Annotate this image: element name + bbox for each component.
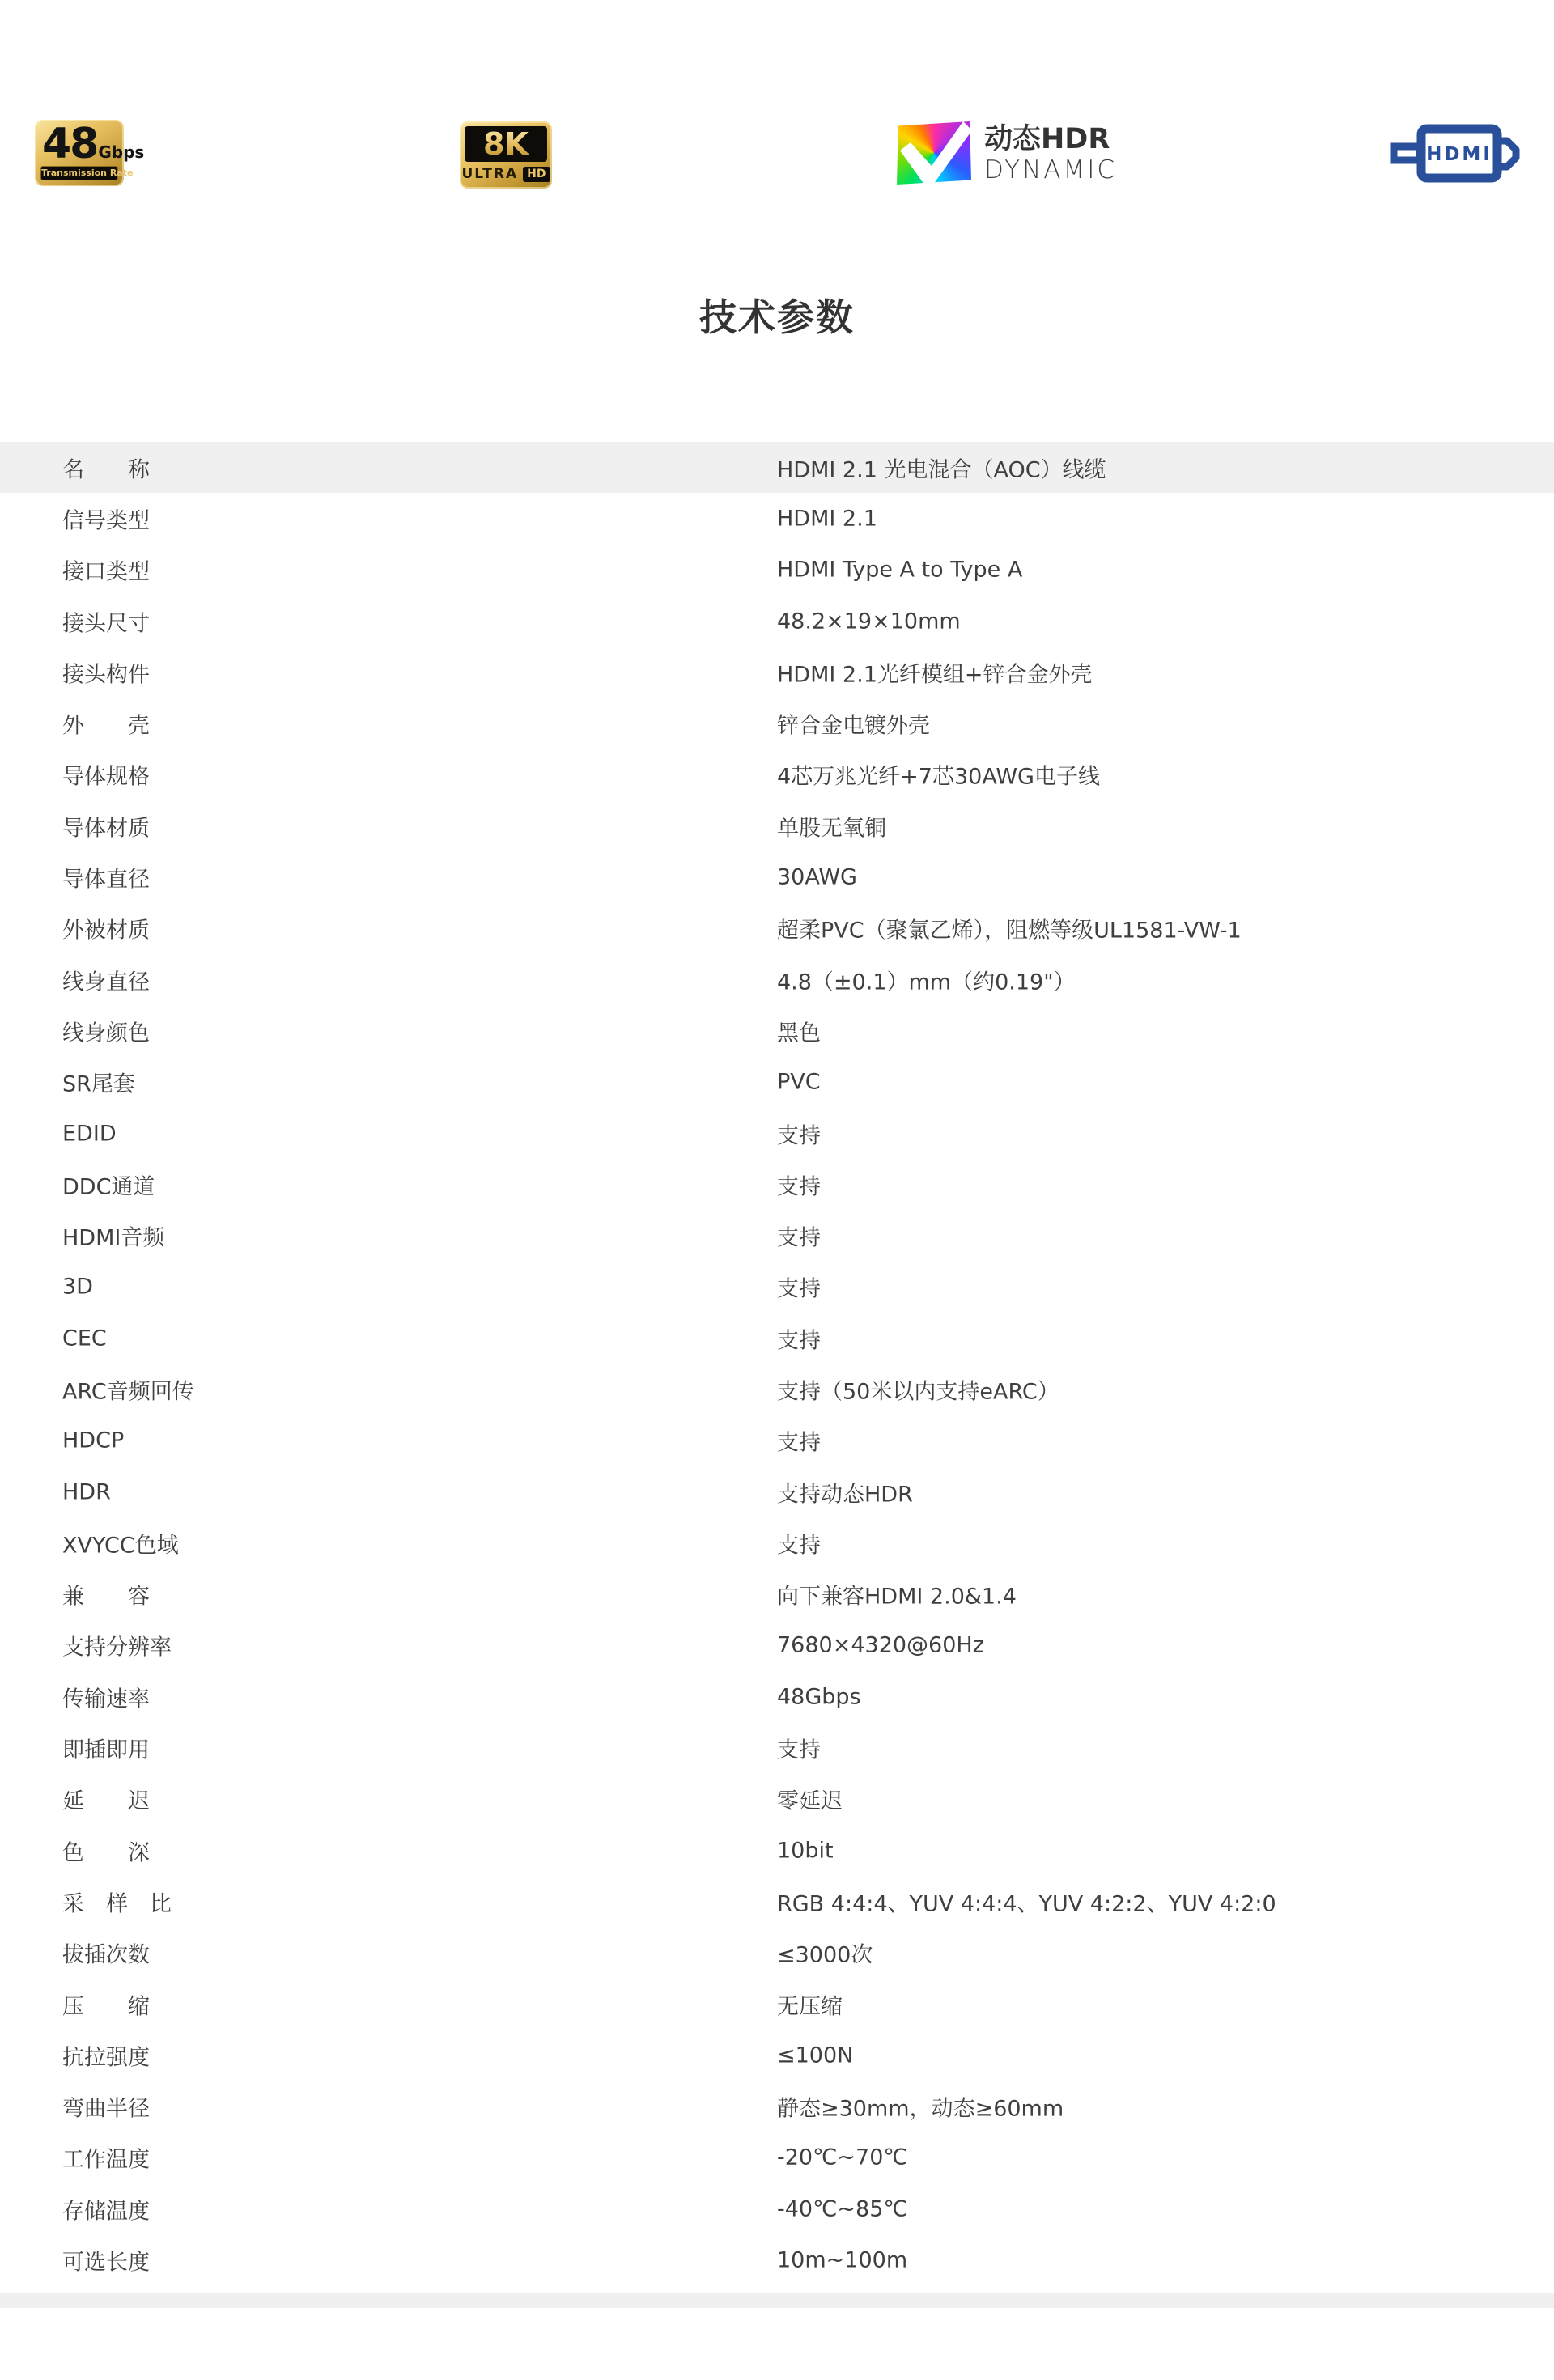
hdmi-logo-label: HDMI <box>1426 144 1492 165</box>
table-row: HDR支持动态HDR <box>0 1466 1554 1517</box>
row-value: 4芯万兆光纤+7芯30AWG电子线 <box>777 759 1100 791</box>
row-value: RGB 4:4:4、YUV 4:4:4、YUV 4:2:2、YUV 4:2:0 <box>777 1886 1276 1917</box>
table-row: 存储温度-40℃~85℃ <box>0 2183 1554 2234</box>
row-value: HDMI 2.1光纤模组+锌合金外壳 <box>777 656 1093 688</box>
row-label: 抗拉强度 <box>62 2039 150 2071</box>
row-label: 线身直径 <box>62 964 150 995</box>
row-label: 工作温度 <box>62 2142 150 2174</box>
row-label: 接头构件 <box>62 656 150 688</box>
table-row: EDID支持 <box>0 1108 1554 1159</box>
table-row: 导体材质单股无氧铜 <box>0 800 1554 851</box>
table-row: 压 缩无压缩 <box>0 1979 1554 2030</box>
color-gamut-check-icon <box>897 121 971 185</box>
page-title: 技术参数 <box>0 293 1554 342</box>
table-row: HDMI音频支持 <box>0 1210 1554 1261</box>
row-label: XVYCC色域 <box>62 1527 179 1559</box>
row-value: 48Gbps <box>777 1684 861 1709</box>
row-value: HDMI 2.1 光电混合（AOC）线缆 <box>777 452 1106 483</box>
row-value: 30AWG <box>777 865 857 890</box>
row-label: 弯曲半径 <box>62 2091 150 2123</box>
table-row: 色 深10bit <box>0 1825 1554 1876</box>
table-row: 兼 容向下兼容HDMI 2.0&1.4 <box>0 1569 1554 1620</box>
row-label: 信号类型 <box>62 503 150 534</box>
row-label: 名 称 <box>62 452 150 483</box>
table-row: 支持分辨率7680×4320@60Hz <box>0 1620 1554 1671</box>
row-value: 支持 <box>777 1322 821 1354</box>
row-value: -40℃~85℃ <box>777 2196 908 2221</box>
spec-table: 名 称HDMI 2.1 光电混合（AOC）线缆信号类型HDMI 2.1接口类型H… <box>0 442 1554 2286</box>
row-label: HDCP <box>62 1428 124 1453</box>
row-value: 无压缩 <box>777 1988 843 2020</box>
row-value: 支持 <box>777 1733 821 1764</box>
table-row: 抗拉强度≤100N <box>0 2030 1554 2081</box>
table-row: 接口类型HDMI Type A to Type A <box>0 545 1554 596</box>
badge-48-caption: Transmission Rate <box>40 166 118 180</box>
hdr-logo-subtitle: DYNAMIC <box>984 155 1117 185</box>
badge-8k-main: 8K <box>483 129 529 159</box>
row-value: 支持 <box>777 1169 821 1200</box>
row-value: 支持 <box>777 1527 821 1559</box>
row-value: 静态≥30mm，动态≥60mm <box>777 2091 1064 2123</box>
table-row: ARC音频回传支持（50米以内支持eARC） <box>0 1364 1554 1415</box>
section-divider <box>0 2293 1554 2308</box>
row-value: -20℃~70℃ <box>777 2145 908 2170</box>
table-row: 导体规格4芯万兆光纤+7芯30AWG电子线 <box>0 749 1554 800</box>
table-row: 拔插次数≤3000次 <box>0 1928 1554 1979</box>
table-row: 信号类型HDMI 2.1 <box>0 493 1554 544</box>
row-value: ≤100N <box>777 2043 853 2068</box>
row-label: 存储温度 <box>62 2193 150 2225</box>
row-label: 采 样 比 <box>62 1886 172 1917</box>
row-value: HDMI Type A to Type A <box>777 558 1022 583</box>
badge-48-number: 48 <box>42 121 97 167</box>
row-label: 色 深 <box>62 1835 150 1866</box>
row-value: 锌合金电镀外壳 <box>777 708 930 740</box>
row-label: 传输速率 <box>62 1681 150 1712</box>
row-value: ≤3000次 <box>777 1937 873 1969</box>
row-label: DDC通道 <box>62 1169 155 1200</box>
row-label: EDID <box>62 1121 117 1146</box>
row-value: 支持 <box>777 1220 821 1252</box>
table-row: 延 迟零延迟 <box>0 1774 1554 1825</box>
table-row: 工作温度-20℃~70℃ <box>0 2132 1554 2183</box>
table-row: 名 称HDMI 2.1 光电混合（AOC）线缆 <box>0 442 1554 493</box>
table-row: 传输速率48Gbps <box>0 1671 1554 1722</box>
8k-ultra-hd-badge: 8K ULTRA HD <box>460 121 552 189</box>
row-label: CEC <box>62 1326 107 1351</box>
row-label: HDR <box>62 1479 111 1504</box>
table-row: XVYCC色域支持 <box>0 1517 1554 1568</box>
row-label: 兼 容 <box>62 1579 150 1610</box>
row-label: 外被材质 <box>62 913 150 944</box>
table-row: 弯曲半径静态≥30mm，动态≥60mm <box>0 2081 1554 2132</box>
badge-8k-panel: 8K <box>465 126 547 162</box>
hdmi-connector-icon: HDMI <box>1387 121 1522 185</box>
row-label: 可选长度 <box>62 2245 150 2276</box>
row-value: 4.8（±0.1）mm（约0.19"） <box>777 964 1076 995</box>
row-value: 7680×4320@60Hz <box>777 1633 984 1658</box>
table-row: 外 壳锌合金电镀外壳 <box>0 698 1554 749</box>
hdr-logo-title: 动态HDR <box>984 123 1117 155</box>
row-label: 导体规格 <box>62 759 150 791</box>
badge-48-unit: Gbps <box>98 142 144 162</box>
table-row: HDCP支持 <box>0 1415 1554 1466</box>
row-label: 压 缩 <box>62 1988 150 2020</box>
row-value: 支持动态HDR <box>777 1476 913 1508</box>
row-value: 支持（50米以内支持eARC） <box>777 1373 1059 1405</box>
dynamic-hdr-logo: 动态HDR DYNAMIC <box>897 121 1117 186</box>
row-label: 外 壳 <box>62 708 150 740</box>
table-row: SR尾套PVC <box>0 1057 1554 1108</box>
table-row: 线身颜色黑色 <box>0 1005 1554 1056</box>
badge-8k-hd-chip: HD <box>523 167 550 182</box>
table-row: 外被材质超柔PVC（聚氯乙烯），阻燃等级UL1581-VW-1 <box>0 903 1554 954</box>
table-row: 线身直径4.8（±0.1）mm（约0.19"） <box>0 954 1554 1005</box>
row-value: 48.2×19×10mm <box>777 609 961 634</box>
row-label: 线身颜色 <box>62 1015 150 1046</box>
table-row: CEC支持 <box>0 1313 1554 1364</box>
row-label: HDMI音频 <box>62 1220 164 1252</box>
row-value: 黑色 <box>777 1015 821 1046</box>
row-label: 3D <box>62 1275 93 1300</box>
row-value: 零延迟 <box>777 1784 843 1815</box>
row-value: PVC <box>777 1070 821 1095</box>
row-value: 支持 <box>777 1118 821 1149</box>
badge-8k-subrow: ULTRA HD <box>460 164 552 184</box>
row-label: 导体材质 <box>62 810 150 842</box>
row-label: 支持分辨率 <box>62 1630 172 1661</box>
row-value: 10m~100m <box>777 2248 907 2273</box>
table-row: 3D支持 <box>0 1262 1554 1313</box>
row-value: 支持 <box>777 1425 821 1457</box>
badge-8k-ultra: ULTRA <box>461 166 518 182</box>
table-row: 采 样 比RGB 4:4:4、YUV 4:4:4、YUV 4:2:2、YUV 4… <box>0 1876 1554 1927</box>
row-label: ARC音频回传 <box>62 1373 194 1405</box>
row-value: 向下兼容HDMI 2.0&1.4 <box>777 1579 1017 1610</box>
row-label: 即插即用 <box>62 1733 150 1764</box>
row-value: 超柔PVC（聚氯乙烯），阻燃等级UL1581-VW-1 <box>777 913 1242 944</box>
certification-logo-band: 48 Gbps Transmission Rate 8K ULTRA HD <box>0 0 1554 243</box>
table-row: DDC通道支持 <box>0 1159 1554 1210</box>
row-value: 单股无氧铜 <box>777 810 886 842</box>
table-row: 可选长度10m~100m <box>0 2234 1554 2285</box>
row-value: HDMI 2.1 <box>777 506 877 531</box>
48gbps-badge-text: 48 Gbps <box>42 121 119 167</box>
table-row: 接头尺寸48.2×19×10mm <box>0 596 1554 647</box>
row-label: 导体直径 <box>62 862 150 893</box>
48gbps-badge: 48 Gbps Transmission Rate <box>35 120 124 186</box>
row-label: SR尾套 <box>62 1067 135 1098</box>
row-label: 接头尺寸 <box>62 605 150 637</box>
row-value: 10bit <box>777 1838 834 1863</box>
table-row: 接头构件HDMI 2.1光纤模组+锌合金外壳 <box>0 647 1554 698</box>
row-label: 延 迟 <box>62 1784 150 1815</box>
row-label: 拔插次数 <box>62 1937 150 1969</box>
white-checkmark-icon <box>897 121 971 185</box>
table-row: 即插即用支持 <box>0 1722 1554 1773</box>
spec-sheet-page: 48 Gbps Transmission Rate 8K ULTRA HD <box>0 0 1554 2380</box>
row-value: 支持 <box>777 1271 821 1303</box>
table-row: 导体直径30AWG <box>0 851 1554 902</box>
row-label: 接口类型 <box>62 554 150 586</box>
hdr-logo-text: 动态HDR DYNAMIC <box>984 121 1117 185</box>
